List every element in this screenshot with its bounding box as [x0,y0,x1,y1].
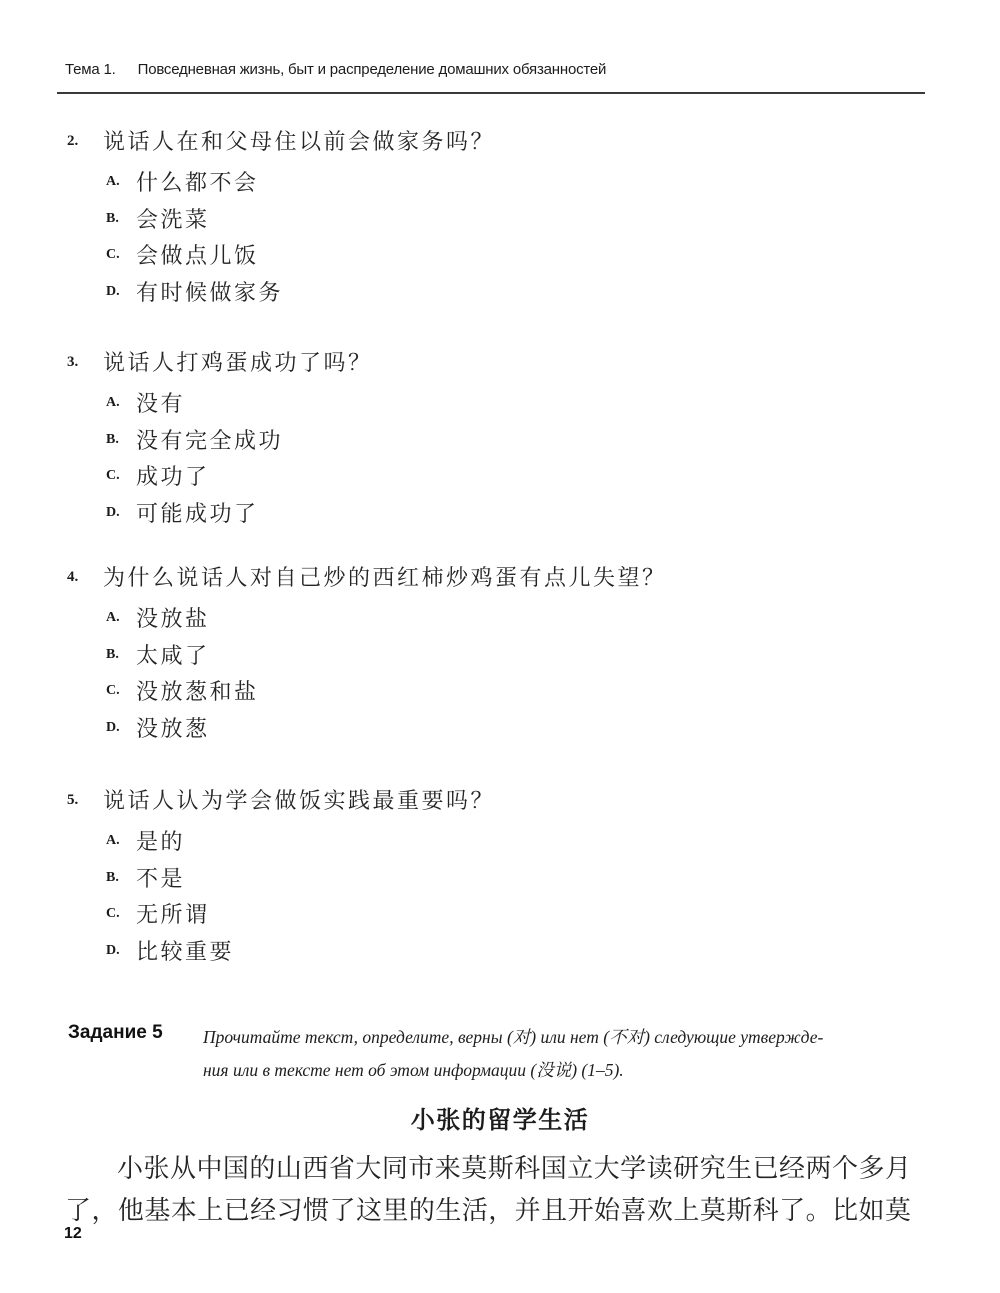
question-number: 5. [67,785,103,809]
option-text: 无所谓 [136,901,210,929]
header-rule [57,92,925,94]
option-letter: B. [106,642,136,663]
option-letter: C. [106,242,136,263]
question-head: 4. 为什么说话人对自己炒的西红柿炒鸡蛋有点儿失望？ [67,562,960,593]
option-letter: D. [106,938,136,959]
option-b: B. 不是 [106,865,960,902]
option-b: B. 会洗菜 [106,206,960,243]
option-text: 没放葱 [136,715,210,743]
option-text: 不是 [136,865,185,893]
question-text: 为什么说话人对自己炒的西红柿炒鸡蛋有点儿失望？ [103,562,667,593]
option-letter: C. [106,901,136,922]
option-a: A. 什么都不会 [106,169,960,206]
question-number: 4. [67,562,103,586]
reading-paragraph: 小张从中国的山西省大同市来莫斯科国立大学读研究生已经两个多月 了，他基本上已经习… [65,1148,911,1232]
option-d: D. 没放葱 [106,715,960,752]
page-number: 12 [64,1225,82,1243]
option-d: D. 比较重要 [106,938,960,975]
reading-title: 小张的留学生活 [0,1100,1000,1135]
option-letter: A. [106,605,136,626]
question-text: 说话人认为学会做饭实践最重要吗？ [103,785,495,816]
question-head: 2. 说话人在和父母住以前会做家务吗？ [67,126,960,157]
option-text: 什么都不会 [136,169,259,197]
option-a: A. 是的 [106,828,960,865]
option-letter: B. [106,206,136,227]
question-head: 5. 说话人认为学会做饭实践最重要吗？ [67,785,960,816]
textbook-page: Тема 1.Повседневная жизнь, быт и распред… [0,0,1000,1293]
theme-label: Тема 1. [65,61,116,78]
question-text: 说话人在和父母住以前会做家务吗？ [103,126,495,157]
theme-title: Повседневная жизнь, быт и распределение … [138,61,607,78]
question-number: 2. [67,126,103,150]
question-3: 3. 说话人打鸡蛋成功了吗？ A. 没有 B. 没有完全成功 C. 成功了 D.… [67,347,960,536]
option-c: C. 无所谓 [106,901,960,938]
option-text: 没有完全成功 [136,427,283,455]
option-text: 会做点儿饭 [136,242,259,270]
option-c: C. 成功了 [106,463,960,500]
option-letter: B. [106,865,136,886]
option-c: C. 会做点儿饭 [106,242,960,279]
paragraph-line-2: 了，他基本上已经习惯了这里的生活，并且开始喜欢上莫斯科了。比如莫斯 [65,1190,911,1232]
option-d: D. 可能成功了 [106,500,960,537]
option-a: A. 没放盐 [106,605,960,642]
option-d: D. 有时候做家务 [106,279,960,316]
option-letter: D. [106,279,136,300]
option-text: 太咸了 [136,642,210,670]
option-letter: C. [106,463,136,484]
option-b: B. 没有完全成功 [106,427,960,464]
option-a: A. 没有 [106,390,960,427]
option-c: C. 没放葱和盐 [106,678,960,715]
option-text: 没放葱和盐 [136,678,259,706]
option-text: 没放盐 [136,605,210,633]
option-text: 是的 [136,828,185,856]
question-2: 2. 说话人在和父母住以前会做家务吗？ A. 什么都不会 B. 会洗菜 C. 会… [67,126,960,315]
question-head: 3. 说话人打鸡蛋成功了吗？ [67,347,960,378]
running-head: Тема 1.Повседневная жизнь, быт и распред… [65,61,606,78]
option-letter: C. [106,678,136,699]
task-instruction-line-2: ния или в тексте нет об этом информации … [203,1054,953,1087]
option-text: 没有 [136,390,185,418]
option-letter: A. [106,169,136,190]
task-instruction: Прочитайте текст, определите, верны (对) … [203,1021,953,1087]
question-text: 说话人打鸡蛋成功了吗？ [103,347,373,378]
option-b: B. 太咸了 [106,642,960,679]
option-text: 会洗菜 [136,206,210,234]
option-letter: A. [106,390,136,411]
option-letter: D. [106,500,136,521]
option-letter: A. [106,828,136,849]
option-text: 成功了 [136,463,210,491]
option-text: 比较重要 [136,938,234,966]
option-letter: B. [106,427,136,448]
question-4: 4. 为什么说话人对自己炒的西红柿炒鸡蛋有点儿失望？ A. 没放盐 B. 太咸了… [67,562,960,751]
task-instruction-line-1: Прочитайте текст, определите, верны (对) … [203,1021,953,1054]
option-text: 可能成功了 [136,500,259,528]
question-5: 5. 说话人认为学会做饭实践最重要吗？ A. 是的 B. 不是 C. 无所谓 D… [67,785,960,974]
option-letter: D. [106,715,136,736]
option-text: 有时候做家务 [136,279,283,307]
question-number: 3. [67,347,103,371]
paragraph-line-1: 小张从中国的山西省大同市来莫斯科国立大学读研究生已经两个多月 [65,1148,911,1190]
task-label: Задание 5 [68,1022,163,1044]
